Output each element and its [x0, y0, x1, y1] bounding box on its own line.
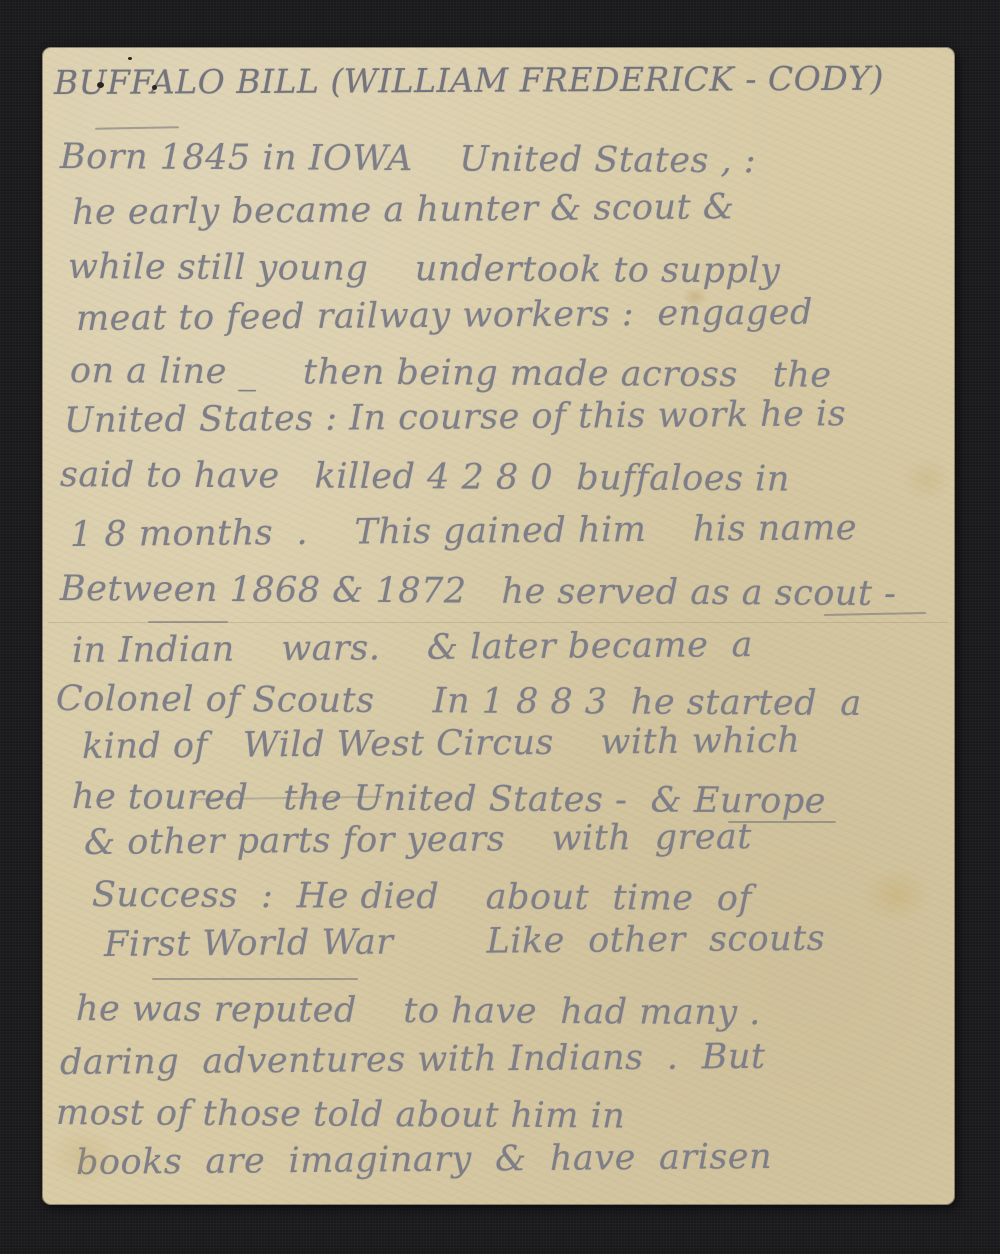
handwritten-line: First World War Like other scouts: [104, 922, 825, 963]
handwritten-line: he toured the United States - & Europe: [72, 780, 826, 820]
handwritten-line: Between 1868 & 1872 he served as a scout…: [60, 572, 897, 612]
handwritten-line: said to have killed 4 2 8 0 buffaloes in: [60, 458, 790, 497]
handwritten-line: he was reputed to have had many .: [76, 992, 761, 1031]
handwritten-line: Success : He died about time of: [92, 878, 752, 917]
ink-speck: [152, 85, 157, 90]
stain: [902, 457, 952, 502]
stain: [862, 867, 932, 922]
stain: [48, 1127, 118, 1187]
handwritten-line: Colonel of Scouts In 1 8 8 3 he started …: [56, 682, 862, 722]
handwritten-line: & other parts for years with great: [84, 820, 752, 861]
ink-speck: [97, 82, 104, 88]
photo-background: BUFFALO BILL (WILLIAM FREDERICK - CODY) …: [0, 0, 1000, 1254]
page-title: BUFFALO BILL (WILLIAM FREDERICK - CODY): [54, 59, 884, 102]
handwritten-line: in Indian wars. & later became a: [72, 628, 753, 669]
handwritten-line: books are imaginary & have arisen: [76, 1140, 772, 1181]
handwritten-line: while still young undertook to supply: [68, 250, 781, 289]
underline-stroke-title: [95, 126, 179, 129]
handwritten-line: Born 1845 in IOWA United States , :: [60, 140, 756, 179]
handwritten-line: most of those told about him in: [56, 1096, 625, 1134]
handwritten-line: kind of Wild West Circus with which: [82, 724, 800, 765]
underline-stroke-europe: [728, 821, 836, 823]
handwritten-line: he early became a hunter & scout &: [72, 190, 735, 231]
handwritten-line: 1 8 months . This gained him his name: [70, 511, 857, 553]
ink-speck: [128, 57, 132, 60]
handwritten-line: daring adventures with Indians . But: [60, 1040, 766, 1081]
paper: BUFFALO BILL (WILLIAM FREDERICK - CODY) …: [42, 47, 955, 1205]
underline-stroke-first-world-war: [152, 978, 358, 980]
handwritten-line: United States : In course of this work h…: [64, 397, 846, 439]
paper-crease: [48, 622, 948, 623]
stain: [682, 287, 708, 307]
handwritten-line: on a line _ then being made across the: [70, 354, 832, 394]
